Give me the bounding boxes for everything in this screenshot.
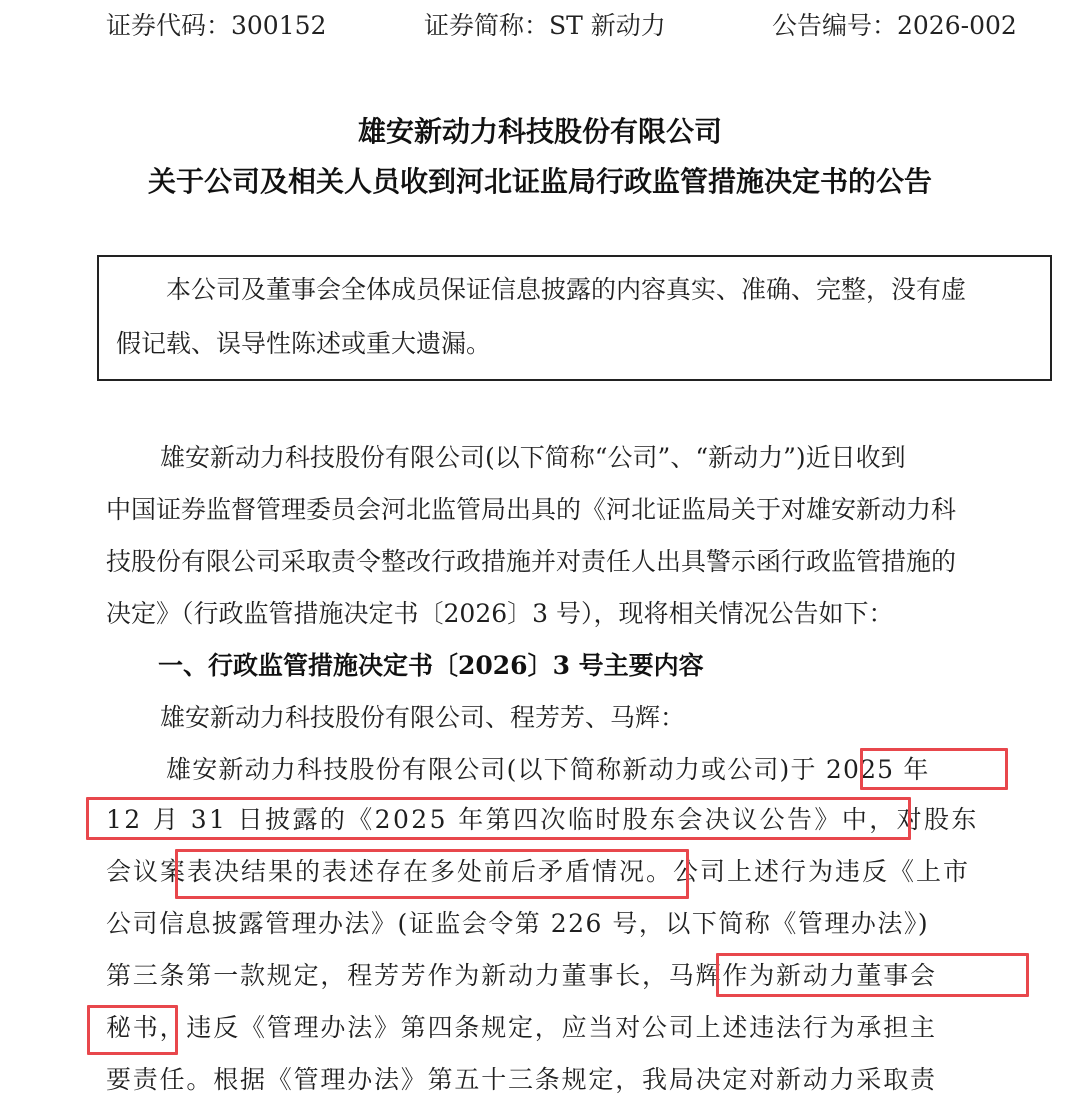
paragraph-2-line-1: 雄安新动力科技股份有限公司(以下简称新动力或公司)于 2025 年 [166, 752, 930, 788]
paragraph-2-line-6: 秘书，违反《管理办法》第四条规定，应当对公司上述违法行为承担主 [106, 1010, 937, 1046]
paragraph-1-line-3: 技股份有限公司采取责令整改行政措施并对责任人出具警示函行政监管措施的 [106, 544, 956, 580]
addressees: 雄安新动力科技股份有限公司、程芳芳、马辉： [160, 700, 685, 736]
highlight-box-secretary [716, 953, 1029, 997]
paragraph-2-line-7: 要责任。根据《管理办法》第五十三条规定，我局决定对新动力采取责 [106, 1062, 937, 1098]
paragraph-1-line-1: 雄安新动力科技股份有限公司(以下简称“公司”、“新动力”)近日收到 [160, 440, 906, 476]
paragraph-1-line-4: 决定》（行政监管措施决定书〔2026〕3 号），现将相关情况公告如下： [106, 596, 893, 632]
highlight-box-secretary-cont [87, 1005, 178, 1055]
announcement-title: 关于公司及相关人员收到河北证监局行政监管措施决定书的公告 [0, 160, 1080, 200]
section-1-heading: 一、行政监管措施决定书〔2026〕3 号主要内容 [158, 648, 704, 684]
highlight-box-date-year [860, 748, 1008, 790]
highlight-box-contradiction [175, 849, 689, 899]
company-title: 雄安新动力科技股份有限公司 [0, 110, 1080, 150]
announcement-number: 公告编号：2026-002 [772, 8, 1017, 44]
stock-abbreviation: 证券简称：ST 新动力 [424, 8, 666, 44]
highlight-box-disclosure [86, 797, 911, 840]
paragraph-1-line-2: 中国证券监督管理委员会河北监管局出具的《河北证监局关于对雄安新动力科 [106, 492, 956, 528]
paragraph-2-line-4: 公司信息披露管理办法》(证监会令第 226 号，以下简称《管理办法》) [106, 906, 929, 942]
stock-code: 证券代码：300152 [106, 8, 326, 44]
disclaimer-line-2: 假记载、误导性陈述或重大遗漏。 [116, 326, 491, 362]
disclaimer-line-1: 本公司及董事会全体成员保证信息披露的内容真实、准确、完整，没有虚 [166, 272, 966, 308]
